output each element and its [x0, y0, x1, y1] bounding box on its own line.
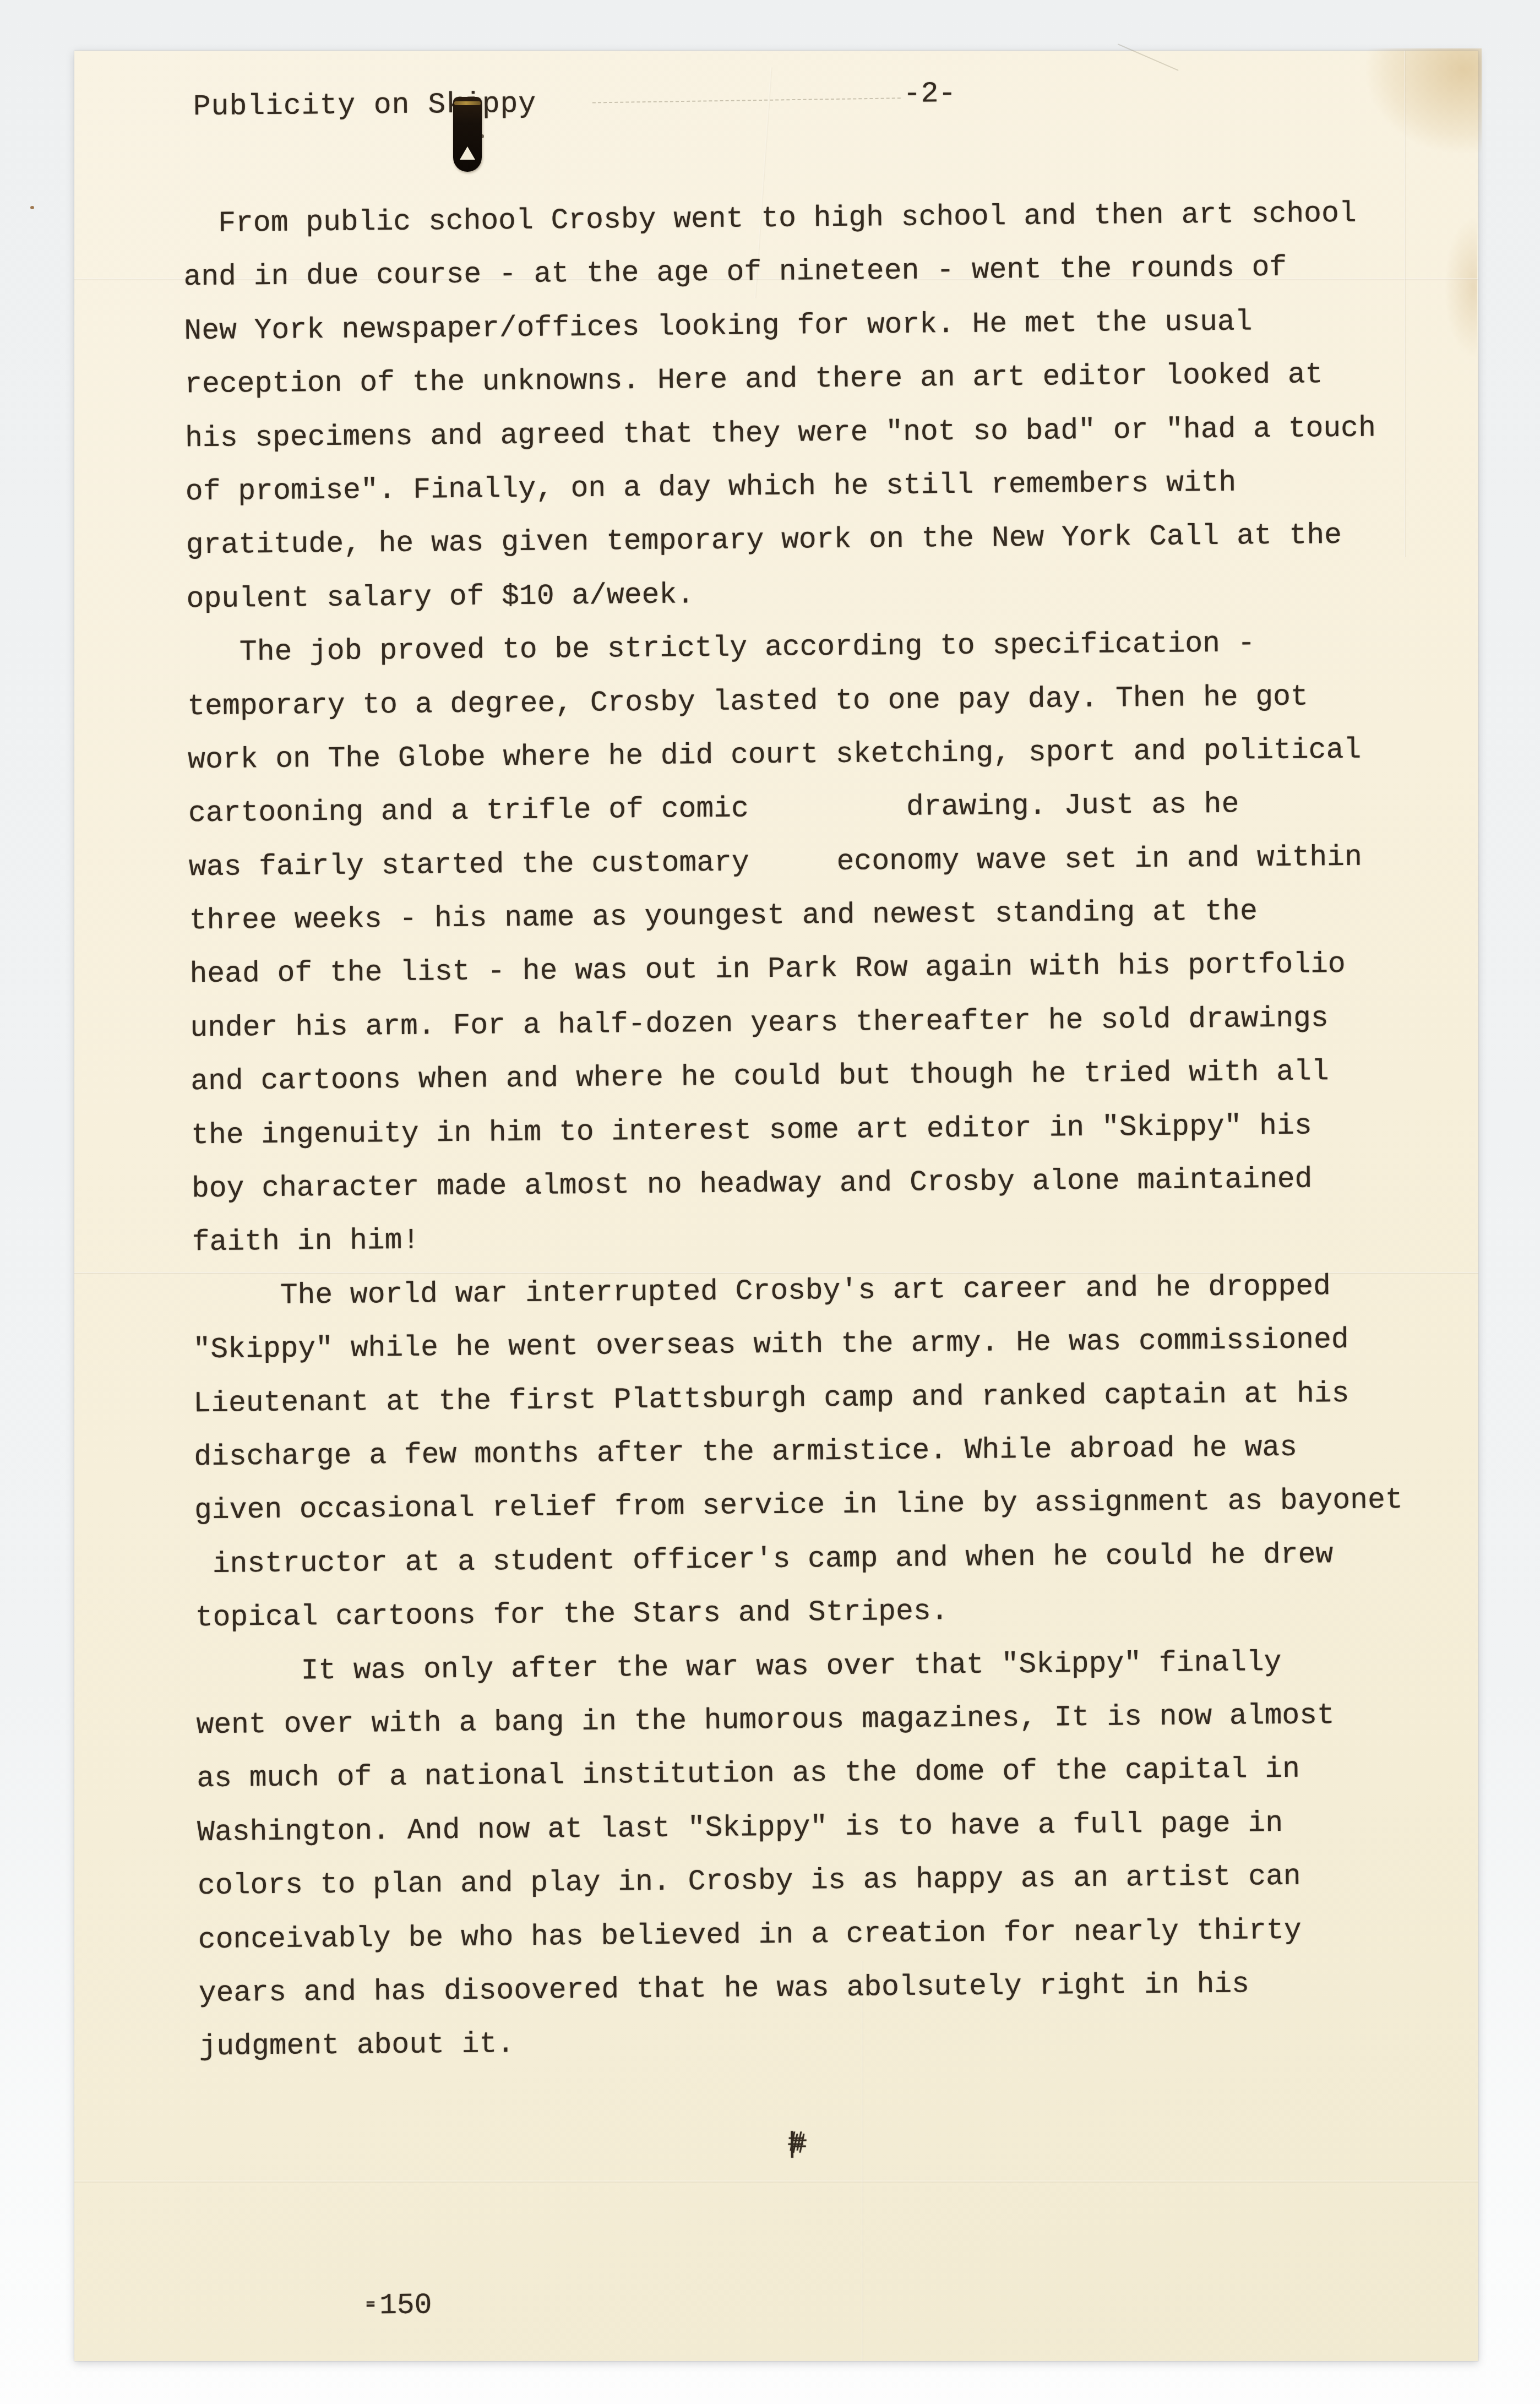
footer-dash: -	[362, 2289, 379, 2322]
typed-line: "Skippy" while he went overseas with the…	[193, 1313, 1401, 1377]
typed-line: opulent salary of $10 a/week.	[186, 562, 1395, 627]
typed-line: The job proved to be strictly according …	[187, 616, 1395, 680]
page-number: -2-	[903, 77, 956, 111]
typed-line: temporary to a degree, Crosby lasted to …	[187, 670, 1396, 734]
typed-line: It was only after the war was over that …	[195, 1635, 1404, 1699]
typed-line: gratitude, he was given temporary work o…	[186, 508, 1394, 573]
scan-background: Publicity on Skippy -2- From public scho…	[0, 0, 1540, 2404]
typed-line: of promise". Finally, on a day which he …	[186, 455, 1394, 519]
typed-line: conceivably be who has believed in a cre…	[198, 1903, 1407, 1967]
typed-line: the ingenuity in him to interest some ar…	[191, 1098, 1400, 1163]
typed-line: head of the list - he was out in Park Ro…	[189, 938, 1398, 1002]
typed-line: discharge a few months after the armisti…	[194, 1420, 1402, 1484]
typed-line: cartooning and a trifle of comic drawing…	[188, 776, 1397, 841]
footer-number: -150	[221, 2255, 432, 2356]
binder-clip	[453, 97, 482, 172]
typed-line: three weeks - his name as youngest and n…	[189, 884, 1397, 948]
typed-line: boy character made almost no headway and…	[192, 1152, 1400, 1216]
typed-line: colors to plan and play in. Crosby is as…	[198, 1849, 1406, 1913]
typed-line: under his arm. For a half-dozen years th…	[190, 991, 1398, 1056]
typed-line: instructor at a student officer's camp a…	[195, 1527, 1403, 1592]
dust-speck	[30, 206, 34, 209]
typed-line: work on The Globe where he did court ske…	[188, 723, 1396, 787]
typed-line: years and has disoovered that he was abo…	[198, 1956, 1407, 2021]
typed-line: his specimens and agreed that they were …	[185, 401, 1394, 466]
footer-digits: 150	[379, 2288, 432, 2322]
end-mark-glyph: |	[783, 2128, 801, 2161]
typed-line: Washington. And now at last "Skippy" is …	[197, 1796, 1406, 1860]
pencil-line	[592, 97, 901, 103]
typed-line: topical cartoons for the Stars and Strip…	[195, 1581, 1403, 1645]
typed-line: as much of a national institution as the…	[197, 1742, 1405, 1806]
typed-line: faith in him!	[192, 1205, 1400, 1270]
typed-lines: From public school Crosby went to high s…	[183, 187, 1407, 2074]
typed-line: and in due course - at the age of ninete…	[183, 241, 1392, 305]
typed-line: New York newspaper/offices looking for w…	[184, 294, 1392, 358]
typed-line: From public school Crosby went to high s…	[183, 187, 1391, 251]
typed-line: reception of the unknowns. Here and ther…	[184, 347, 1393, 412]
typed-line: The world war interrupted Crosby's art c…	[192, 1259, 1401, 1324]
paper-sheet: Publicity on Skippy -2- From public scho…	[74, 51, 1478, 2361]
typed-line: and cartoons when and where he could but…	[191, 1045, 1399, 1109]
typed-line: was fairly started the customary economy…	[189, 830, 1397, 895]
typed-line: Lieutenant at the first Plattsburgh camp…	[193, 1367, 1402, 1431]
clip-glint	[454, 101, 481, 105]
typed-line: given occasional relief from service in …	[194, 1473, 1403, 1538]
clip-cutout	[460, 146, 475, 160]
typed-line: went over with a bang in the humorous ma…	[196, 1688, 1405, 1753]
page-title: Publicity on Skippy	[193, 88, 537, 123]
typed-line: judgment about it.	[199, 2010, 1407, 2074]
typed-content: Publicity on Skippy -2- From public scho…	[74, 39, 1499, 2361]
pencil-scratch	[1118, 43, 1179, 71]
